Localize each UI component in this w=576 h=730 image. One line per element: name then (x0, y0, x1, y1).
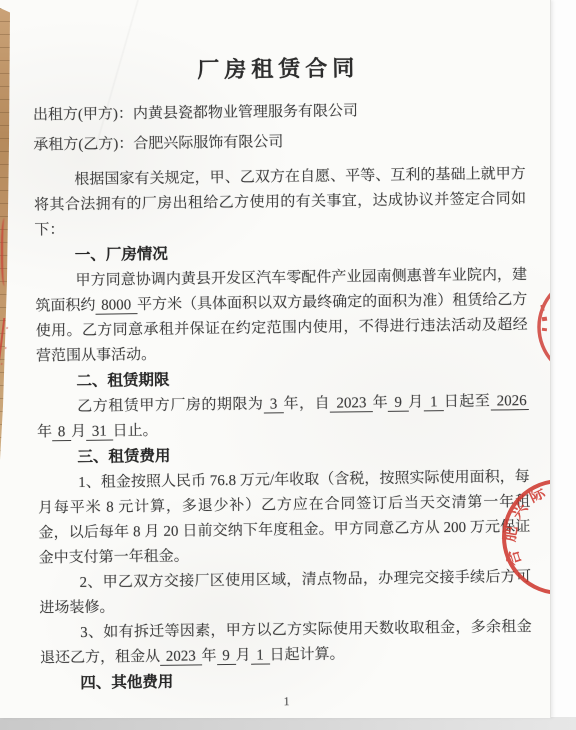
scanner-background-band (0, 717, 576, 730)
strip-red-seal-mark (1, 218, 8, 286)
filled-in-value: 8 (52, 424, 71, 441)
filled-in-value: 2023 (160, 648, 202, 666)
lessor-label: 出租方(甲方)： (33, 106, 133, 123)
contract-body: 根据国家有关规定，甲、乙双方在自愿、平等、互利的基础上就甲方将其合法拥有的厂房出… (34, 162, 533, 697)
filled-in-value: 9 (388, 395, 408, 412)
filled-in-value: 31 (86, 424, 113, 441)
paragraph-text: 1、租金按照人民币 76.8 万元/年收取（含税，按照实际使用面积，每月每平米 … (38, 469, 530, 566)
scanned-contract-photo: 厂房租赁合同 出租方(甲方)：内黄县瓷都物业管理服务有限公司 承租方(乙方)：合… (0, 0, 576, 730)
filled-in-value: 8000 (95, 297, 137, 315)
contract-paragraph: 甲方同意协调内黄县开发区汽车零配件产业园南侧惠普车业院内，建筑面积约 8000 … (35, 263, 528, 369)
lessee-line: 承租方(乙方)：合肥兴际服饰有限公司 (33, 124, 525, 160)
contract-paragraph: 2、甲乙双方交接厂区使用区域，清点物品，办理完交接手续后方可进场装修。 (39, 565, 532, 621)
paragraph-text: 月 (71, 424, 86, 440)
contract-title: 厂房租赁合同 (32, 49, 524, 86)
paragraph-text: 月 (235, 648, 250, 664)
paragraph-text: 日起计算。 (269, 646, 344, 663)
party-lines: 出租方(甲方)：内黄县瓷都物业管理服务有限公司 承租方(乙方)：合肥兴际服饰有限… (33, 94, 526, 160)
edge-seal-icon (528, 265, 551, 389)
filled-in-value: 1 (424, 394, 444, 411)
paragraph-text: 年，自 (283, 396, 330, 413)
contract-paragraph: 乙方租赁甲方厂房的期限为 3 年，自 2023 年 9 月 1 日起至 2026… (37, 389, 530, 445)
paragraph-text: 年 (201, 648, 216, 664)
contract-page: 厂房租赁合同 出租方(甲方)：内黄县瓷都物业管理服务有限公司 承租方(乙方)：合… (0, 0, 551, 718)
seal-star-icon: ★ (548, 524, 551, 553)
filled-in-value: 2023 (330, 395, 373, 413)
filled-in-value: 3 (263, 396, 283, 413)
paragraph-text: 日止。 (113, 423, 158, 440)
paragraph-text: 年 (37, 424, 52, 440)
paragraph-text: 月 (408, 394, 424, 410)
paragraph-text: 年 (373, 395, 389, 411)
contract-content: 厂房租赁合同 出租方(甲方)：内黄县瓷都物业管理服务有限公司 承租方(乙方)：合… (31, 0, 532, 718)
lessor-name: 内黄县瓷都物业管理服务有限公司 (133, 103, 358, 122)
filled-in-value: 2026 (490, 393, 529, 410)
filled-in-value: 9 (216, 648, 235, 665)
paragraph-text: 2、甲乙双方交接厂区使用区域，清点物品，办理完交接手续后方可进场装修。 (39, 569, 531, 616)
contract-paragraph: 根据国家有关规定，甲、乙双方在自愿、平等、互利的基础上就甲方将其合法拥有的厂房出… (34, 162, 527, 243)
lessee-name: 合肥兴际服饰有限公司 (133, 134, 283, 152)
paragraph-text: 乙方租赁甲方厂房的期限为 (77, 397, 263, 415)
company-seal-icon: 合肥兴际服饰有限公司 ★ (478, 455, 551, 619)
contract-paragraph: 3、如有拆迁等因素，甲方以乙方实际使用天数收取租金，多余租金退还乙方，租金从 2… (40, 615, 533, 671)
lessee-label: 承租方(乙方)： (33, 136, 133, 153)
contract-paragraph: 1、租金按照人民币 76.8 万元/年收取（含税，按照实际使用面积，每月每平米 … (38, 465, 531, 571)
paragraph-text: 日起至 (444, 394, 491, 411)
filled-in-value: 1 (250, 647, 269, 664)
paragraph-text: 根据国家有关规定，甲、乙双方在自愿、平等、互利的基础上就甲方将其合法拥有的厂房出… (34, 166, 526, 238)
